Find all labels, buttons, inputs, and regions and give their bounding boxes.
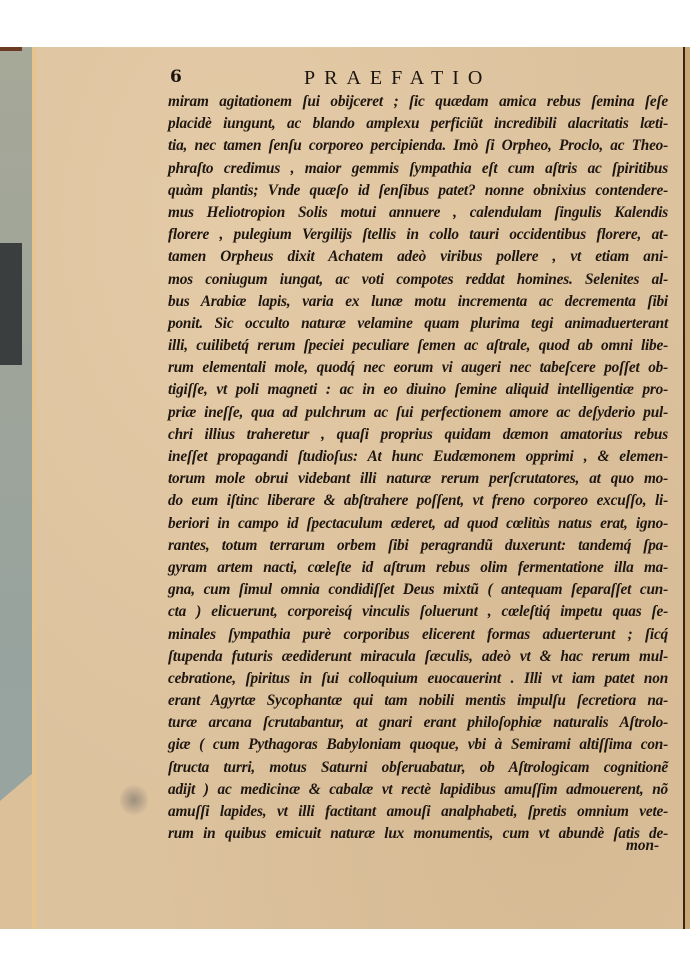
text-line: tia, nec tamen ſenſu corporeo percipiend… bbox=[168, 135, 668, 157]
text-line: minales ſympathia purè corporibus elicer… bbox=[168, 624, 668, 646]
backdrop-dark-block bbox=[0, 243, 22, 365]
text-line: cebratione, ſpiritus in ſui colloquium e… bbox=[168, 668, 668, 690]
text-line: cta ) elicuerunt, corporeisq́ vinculis ſ… bbox=[168, 601, 668, 623]
text-line: phraſto credimus , maior gemmis ſympathi… bbox=[168, 158, 668, 180]
scan-backdrop bbox=[0, 47, 32, 929]
text-line: bus Arabiæ lapis, varia ex lunæ motu inc… bbox=[168, 291, 668, 313]
text-line: beriori in campo id ſpectaculum æderet, … bbox=[168, 513, 668, 535]
page-header: 6 PRAEFATIO bbox=[170, 67, 690, 91]
text-line: tigiſſe, vt poli magneti : ac in eo diui… bbox=[168, 379, 668, 401]
running-head: PRAEFATIO bbox=[304, 67, 491, 90]
ink-smudge bbox=[120, 782, 148, 818]
text-line: amuſſi lapides, vt illi factitant amouſi… bbox=[168, 801, 668, 823]
text-line: ſtructa turri, motus Saturni obſeruabatu… bbox=[168, 757, 668, 779]
text-line: illi, cuilibetq́ rerum ſpeciei peculiare… bbox=[168, 335, 668, 357]
text-line: placidè iungunt, ac blando amplexu perfi… bbox=[168, 113, 668, 135]
text-line: rum elementali mole, quodq́ nec eorum vi… bbox=[168, 357, 668, 379]
text-line: ineſſet propagandi ſtudioſus: At hunc Eu… bbox=[168, 446, 668, 468]
text-line: gyram artem nacti, cœleſte id aſtrum reb… bbox=[168, 557, 668, 579]
catchword: mon- bbox=[626, 837, 659, 855]
text-line: adijt ) ac medicinæ & cabalæ vt rectè la… bbox=[168, 779, 668, 801]
text-line: ponit. Sic occulto naturæ velamine quam … bbox=[168, 313, 668, 335]
book-spine-edge bbox=[685, 47, 690, 929]
text-line: giæ ( cum Pythagoras Babyloniam quoque, … bbox=[168, 734, 668, 756]
text-line: chri illius traheretur , quaſi proprius … bbox=[168, 424, 668, 446]
text-line: turæ arcana ſcrutabantur, at gnari erant… bbox=[168, 712, 668, 734]
text-line: mos coniugum iungat, ac voti compotes re… bbox=[168, 269, 668, 291]
text-line: erant Agyrtæ Sycophantæ qui tam nobili m… bbox=[168, 690, 668, 712]
text-line: ſtupenda futuris æediderunt miracula ſæc… bbox=[168, 646, 668, 668]
text-line: rantes, totum terrarum orbem ſibi peragr… bbox=[168, 535, 668, 557]
text-line: do eum iſtinc liberare & abſtrahere poſſ… bbox=[168, 490, 668, 512]
text-line: priæ ineſſe, qua ad pulchrum ac ſui perf… bbox=[168, 402, 668, 424]
text-line: rum in quibus emicuit naturæ lux monumen… bbox=[168, 823, 668, 845]
text-line: miram agitationem ſui obijceret ; ſic qu… bbox=[168, 91, 668, 113]
text-line: quàm plantis; Vnde quæſo id ſenſibus pat… bbox=[168, 180, 668, 202]
backdrop-top-edge bbox=[0, 47, 22, 51]
book-page-scan: 6 PRAEFATIO miram agitationem ſui obijce… bbox=[0, 47, 690, 929]
text-line: torum mole obrui videbant illi naturæ re… bbox=[168, 468, 668, 490]
text-line: tamen Orpheus dixit Achatem adeò viribus… bbox=[168, 246, 668, 268]
paper-sheet: 6 PRAEFATIO miram agitationem ſui obijce… bbox=[36, 47, 684, 929]
body-text: miram agitationem ſui obijceret ; ſic qu… bbox=[168, 91, 668, 845]
text-line: gna, cum ſimul omnia condidiſſet Deus mi… bbox=[168, 579, 668, 601]
page-number: 6 bbox=[170, 67, 182, 87]
text-line: mus Heliotropion Solis motui annuere , c… bbox=[168, 202, 668, 224]
text-line: florere , pulegium Vergilijs ſtellis in … bbox=[168, 224, 668, 246]
